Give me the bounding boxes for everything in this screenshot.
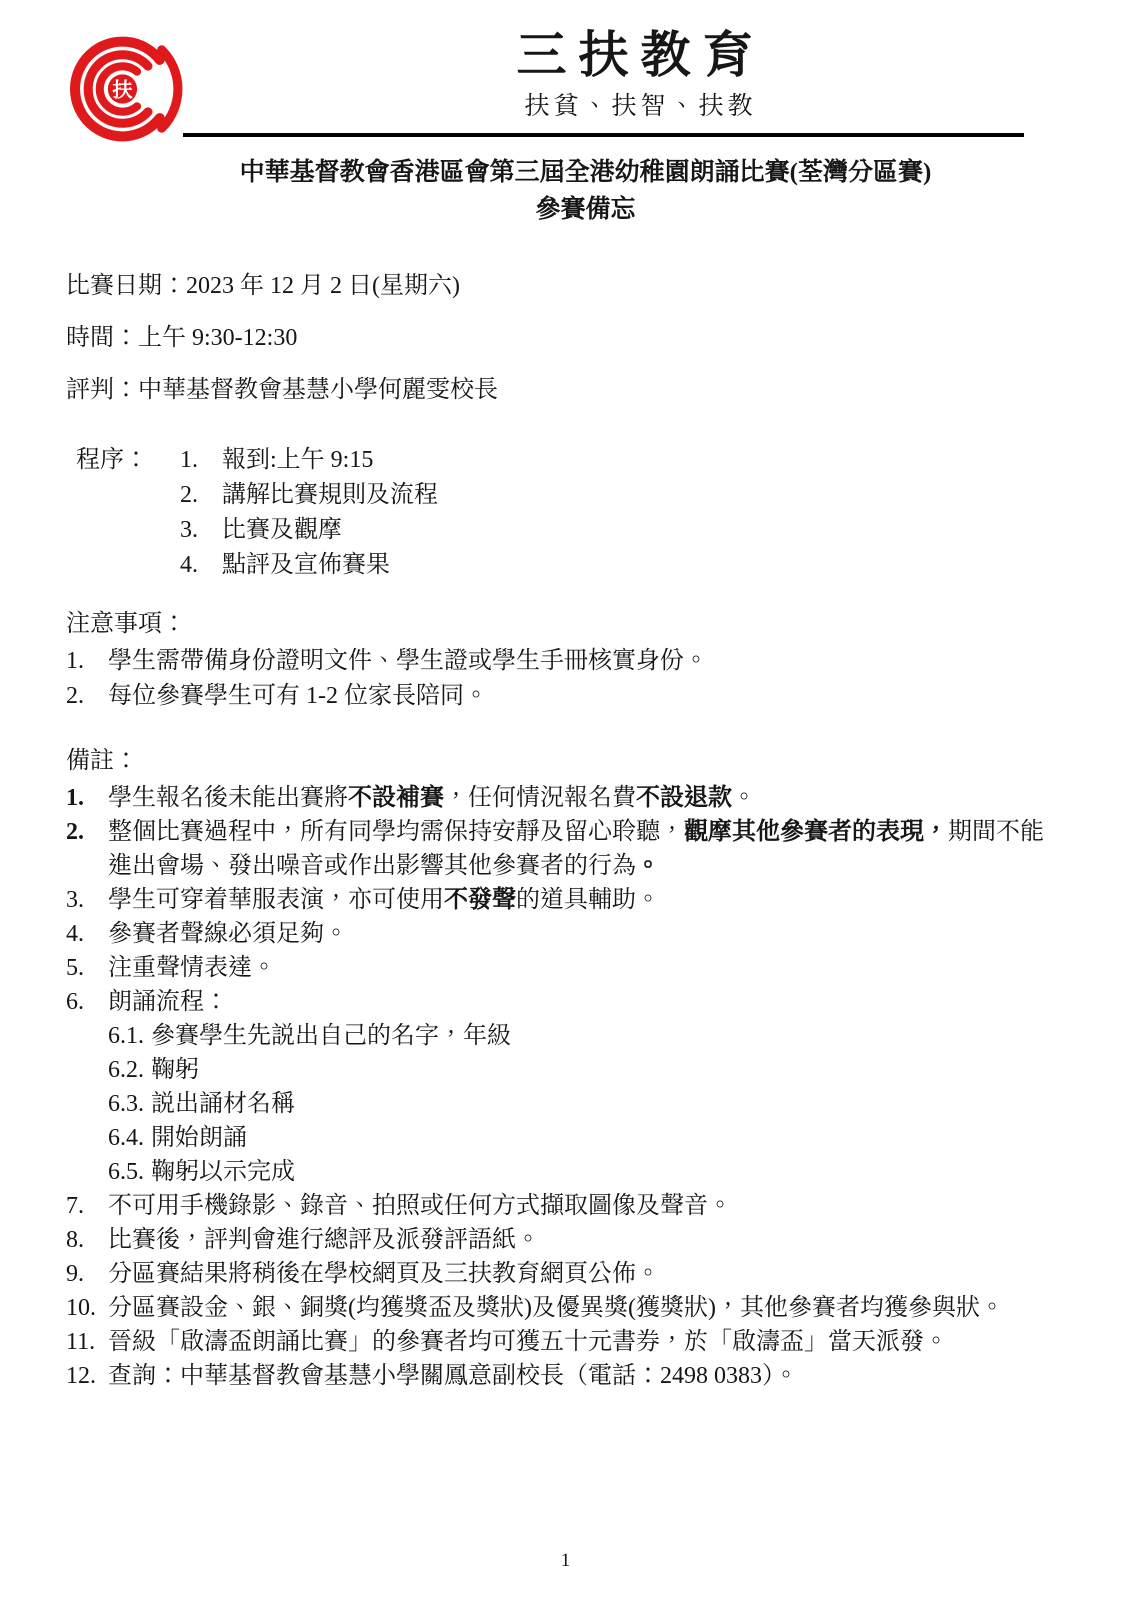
remarks-heading: 備註： bbox=[66, 744, 1065, 778]
notice-section: 注意事項： 1. 學生需帶備身份證明文件、學生證或學生手冊核實身份。 2. 每位… bbox=[66, 607, 1065, 714]
remark-item: 10. 分區賽設金、銀、銅獎(均獲獎盃及獎狀)及優異獎(獲獎狀)，其他參賽者均獲… bbox=[66, 1291, 1065, 1325]
remark-item: 4. 參賽者聲線必須足夠。 bbox=[66, 917, 1065, 951]
remark-item: 1. 學生報名後未能出賽將不設補賽，任何情況報名費不設退款。 bbox=[66, 781, 1065, 815]
remark-item-number: 7. bbox=[66, 1189, 108, 1223]
remark-item: 5. 注重聲情表達。 bbox=[66, 951, 1065, 985]
remark-item-number: 2. bbox=[66, 815, 108, 883]
remark-item-text: 分區賽設金、銀、銅獎(均獲獎盃及獎狀)及優異獎(獲獎狀)，其他參賽者均獲參與狀。 bbox=[108, 1291, 1065, 1325]
notice-item-text: 每位參賽學生可有 1-2 位家長陪同。 bbox=[108, 679, 1065, 714]
remark-item-number: 11. bbox=[66, 1325, 108, 1359]
recitation-step-text: 鞠躬 bbox=[151, 1053, 199, 1087]
recitation-step: 6.2. 鞠躬 bbox=[108, 1053, 1065, 1087]
agenda-item-number: 1. bbox=[180, 443, 222, 478]
agenda-item-text: 點評及宣佈賽果 bbox=[222, 548, 1065, 583]
recitation-step-text: 開始朗誦 bbox=[151, 1121, 247, 1155]
recitation-step-text: 鞠躬以示完成 bbox=[151, 1155, 295, 1189]
remark-item-number: 6. bbox=[66, 985, 108, 1019]
doc-title-line1: 中華基督教會香港區會第三屆全港幼稚園朗誦比賽(荃灣分區賽) bbox=[140, 154, 1031, 191]
competition-judge: 評判：中華基督教會基慧小學何麗雯校長 bbox=[66, 374, 1065, 407]
remark-item-number: 5. bbox=[66, 951, 108, 985]
doc-title: 中華基督教會香港區會第三屆全港幼稚園朗誦比賽(荃灣分區賽) 參賽備忘 bbox=[140, 154, 1031, 228]
competition-time: 時間：上午 9:30-12:30 bbox=[66, 322, 1065, 355]
agenda-list: 1. 報到:上午 9:15 2. 講解比賽規則及流程 3. 比賽及觀摩 4. 點… bbox=[180, 443, 1065, 583]
remark-item: 8. 比賽後，評判會進行總評及派發評語紙。 bbox=[66, 1223, 1065, 1257]
remark-item: 6. 朗誦流程： bbox=[66, 985, 1065, 1019]
agenda-item-number: 2. bbox=[180, 478, 222, 513]
recitation-step-number: 6.1. bbox=[108, 1019, 144, 1053]
competition-date: 比賽日期：2023 年 12 月 2 日(星期六) bbox=[66, 270, 1065, 303]
remark-item-number: 9. bbox=[66, 1257, 108, 1291]
remark-item-number: 1. bbox=[66, 781, 108, 815]
agenda-item-text: 講解比賽規則及流程 bbox=[222, 478, 1065, 513]
info-block: 比賽日期：2023 年 12 月 2 日(星期六) 時間：上午 9:30-12:… bbox=[66, 270, 1065, 407]
agenda-item-text: 比賽及觀摩 bbox=[222, 513, 1065, 548]
recitation-step: 6.4. 開始朗誦 bbox=[108, 1121, 1065, 1155]
remark-item-text: 查詢：中華基督教會基慧小學關鳳意副校長（電話：2498 0383）。 bbox=[108, 1359, 1065, 1393]
notice-item: 2. 每位參賽學生可有 1-2 位家長陪同。 bbox=[66, 679, 1065, 714]
remarks-section: 備註： 1. 學生報名後未能出賽將不設補賽，任何情況報名費不設退款。 2. 整個… bbox=[66, 744, 1065, 1393]
org-name: 三扶教育 bbox=[150, 26, 1131, 84]
agenda-label: 程序： bbox=[66, 443, 180, 583]
doc-body: 比賽日期：2023 年 12 月 2 日(星期六) 時間：上午 9:30-12:… bbox=[0, 270, 1131, 1393]
sanfu-education-logo: 扶 bbox=[64, 28, 190, 150]
remark-item-number: 3. bbox=[66, 883, 108, 917]
recitation-step-text: 説出誦材名稱 bbox=[151, 1087, 295, 1121]
header-divider bbox=[183, 133, 1024, 137]
agenda-section: 程序： 1. 報到:上午 9:15 2. 講解比賽規則及流程 3. 比賽及觀摩 … bbox=[66, 443, 1065, 583]
remark-item-number: 8. bbox=[66, 1223, 108, 1257]
recitation-step: 6.1. 參賽學生先説出自己的名字，年級 bbox=[108, 1019, 1065, 1053]
org-motto: 扶貧、扶智、扶教 bbox=[150, 92, 1131, 122]
remark-item: 12. 查詢：中華基督教會基慧小學關鳳意副校長（電話：2498 0383）。 bbox=[66, 1359, 1065, 1393]
remark-item-text: 晉級「啟濤盃朗誦比賽」的參賽者均可獲五十元書券，於「啟濤盃」當天派發。 bbox=[108, 1325, 1065, 1359]
remark-item: 2. 整個比賽過程中，所有同學均需保持安靜及留心聆聽，觀摩其他參賽者的表現，期間… bbox=[66, 815, 1065, 883]
doc-title-line2: 參賽備忘 bbox=[140, 191, 1031, 228]
logo-character: 扶 bbox=[112, 78, 133, 102]
remark-item-text: 不可用手機錄影、錄音、拍照或任何方式擷取圖像及聲音。 bbox=[108, 1189, 1065, 1223]
recitation-step-text: 參賽學生先説出自己的名字，年級 bbox=[151, 1019, 511, 1053]
remark-item-text: 分區賽結果將稍後在學校網頁及三扶教育網頁公佈。 bbox=[108, 1257, 1065, 1291]
remark-item: 3. 學生可穿着華服表演，亦可使用不發聲的道具輔助。 bbox=[66, 883, 1065, 917]
remark-item: 9. 分區賽結果將稍後在學校網頁及三扶教育網頁公佈。 bbox=[66, 1257, 1065, 1291]
agenda-item: 4. 點評及宣佈賽果 bbox=[180, 548, 1065, 583]
agenda-item-text: 報到:上午 9:15 bbox=[222, 443, 1065, 478]
notice-item-number: 1. bbox=[66, 644, 108, 679]
document-page: 扶 三扶教育 扶貧、扶智、扶教 中華基督教會香港區會第三屆全港幼稚園朗誦比賽(荃… bbox=[0, 0, 1131, 1600]
agenda-item: 1. 報到:上午 9:15 bbox=[180, 443, 1065, 478]
recitation-steps-list: 6.1. 參賽學生先説出自己的名字，年級 6.2. 鞠躬 6.3. 説出誦材名稱… bbox=[108, 1019, 1065, 1189]
remark-item-text: 學生報名後未能出賽將不設補賽，任何情況報名費不設退款。 bbox=[108, 781, 1065, 815]
remark-item-number: 10. bbox=[66, 1291, 108, 1325]
recitation-step-number: 6.4. bbox=[108, 1121, 144, 1155]
agenda-item-number: 4. bbox=[180, 548, 222, 583]
remark-item-number: 12. bbox=[66, 1359, 108, 1393]
recitation-step: 6.5. 鞠躬以示完成 bbox=[108, 1155, 1065, 1189]
logo-graphic: 扶 bbox=[64, 28, 190, 150]
agenda-item: 2. 講解比賽規則及流程 bbox=[180, 478, 1065, 513]
remark-item-text: 整個比賽過程中，所有同學均需保持安靜及留心聆聽，觀摩其他參賽者的表現，期間不能進… bbox=[108, 815, 1065, 883]
agenda-item-number: 3. bbox=[180, 513, 222, 548]
recitation-step-number: 6.2. bbox=[108, 1053, 144, 1087]
remark-item-text: 參賽者聲線必須足夠。 bbox=[108, 917, 1065, 951]
recitation-step-number: 6.5. bbox=[108, 1155, 144, 1189]
notice-item-text: 學生需帶備身份證明文件、學生證或學生手冊核實身份。 bbox=[108, 644, 1065, 679]
notice-item-number: 2. bbox=[66, 679, 108, 714]
remark-item: 7. 不可用手機錄影、錄音、拍照或任何方式擷取圖像及聲音。 bbox=[66, 1189, 1065, 1223]
masthead: 三扶教育 扶貧、扶智、扶教 bbox=[150, 0, 1131, 122]
page-number: 1 bbox=[0, 1550, 1131, 1572]
recitation-step-number: 6.3. bbox=[108, 1087, 144, 1121]
recitation-step: 6.3. 説出誦材名稱 bbox=[108, 1087, 1065, 1121]
agenda-item: 3. 比賽及觀摩 bbox=[180, 513, 1065, 548]
remark-item-text: 注重聲情表達。 bbox=[108, 951, 1065, 985]
remark-item-number: 4. bbox=[66, 917, 108, 951]
remark-item: 11. 晉級「啟濤盃朗誦比賽」的參賽者均可獲五十元書券，於「啟濤盃」當天派發。 bbox=[66, 1325, 1065, 1359]
remark-item-text: 比賽後，評判會進行總評及派發評語紙。 bbox=[108, 1223, 1065, 1257]
remark-item-text: 朗誦流程： bbox=[108, 985, 1065, 1019]
notice-heading: 注意事項： bbox=[66, 607, 1065, 641]
remark-item-text: 學生可穿着華服表演，亦可使用不發聲的道具輔助。 bbox=[108, 883, 1065, 917]
notice-item: 1. 學生需帶備身份證明文件、學生證或學生手冊核實身份。 bbox=[66, 644, 1065, 679]
